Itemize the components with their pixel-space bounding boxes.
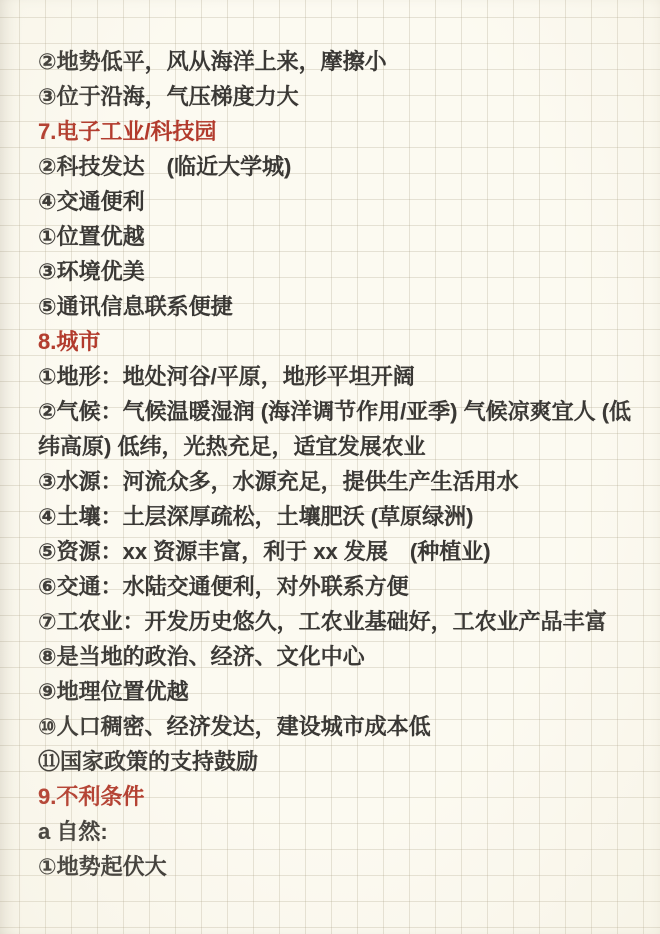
note-line: ④土壤：土层深厚疏松，土壤肥沃 (草原绿洲) — [38, 499, 638, 534]
note-line: ⑧是当地的政治、经济、文化中心 — [38, 639, 638, 674]
note-line: ⑥交通：水陆交通便利，对外联系方便 — [38, 569, 638, 604]
note-line: a 自然: — [38, 814, 638, 849]
note-line: ②地势低平，风从海洋上来，摩擦小 — [38, 44, 638, 79]
note-line: ⑩人口稠密、经济发达，建设城市成本低 — [38, 709, 638, 744]
note-line: ③位于沿海，气压梯度力大 — [38, 79, 638, 114]
note-line: ⑨地理位置优越 — [38, 674, 638, 709]
section-heading: 8.城市 — [38, 324, 638, 359]
notes-body: ②地势低平，风从海洋上来，摩擦小③位于沿海，气压梯度力大7.电子工业/科技园②科… — [38, 44, 638, 884]
note-line: ①地形：地处河谷/平原，地形平坦开阔 — [38, 359, 638, 394]
section-heading: 7.电子工业/科技园 — [38, 114, 638, 149]
note-line: ③环境优美 — [38, 254, 638, 289]
note-line: ⑤通讯信息联系便捷 — [38, 289, 638, 324]
note-line: ③水源：河流众多，水源充足，提供生产生活用水 — [38, 464, 638, 499]
note-line: ①位置优越 — [38, 219, 638, 254]
note-line: ④交通便利 — [38, 184, 638, 219]
note-line: ②气候：气候温暖湿润 (海洋调节作用/亚季) 气候凉爽宜人 (低纬高原) 低纬，… — [38, 394, 638, 464]
note-line: ⑪国家政策的支持鼓励 — [38, 744, 638, 779]
note-line: ②科技发达 (临近大学城) — [38, 149, 638, 184]
section-heading: 9.不利条件 — [38, 779, 638, 814]
note-line: ⑦工农业：开发历史悠久，工农业基础好，工农业产品丰富 — [38, 604, 638, 639]
notes-page: ②地势低平，风从海洋上来，摩擦小③位于沿海，气压梯度力大7.电子工业/科技园②科… — [0, 0, 660, 934]
note-line: ⑤资源：xx 资源丰富，利于 xx 发展 (种植业) — [38, 534, 638, 569]
note-line: ①地势起伏大 — [38, 849, 638, 884]
